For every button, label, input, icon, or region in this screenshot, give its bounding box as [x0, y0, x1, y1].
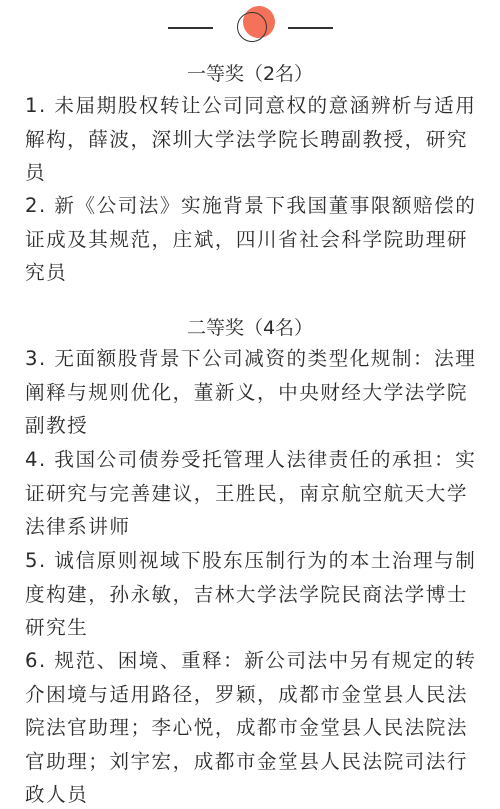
divider-line-left — [168, 27, 213, 29]
award-entry-4: 4. 我国公司债券受托管理人法律责任的承担：实证研究与完善建议，王胜民，南京航空… — [25, 443, 485, 544]
award-entry-3: 3. 无面额股背景下公司减资的类型化规制：法理阐释与规则优化，董新义，中央财经大… — [25, 342, 485, 443]
award-entry-5: 5. 诚信原则视域下股东压制行为的本土治理与制度构建，孙永敏，吉林大学法学院民商… — [25, 544, 485, 645]
divider-line-right — [288, 27, 333, 29]
section-title-second-prize: 二等奖（4名） — [0, 313, 500, 343]
section-title-first-prize: 一等奖（2名） — [0, 59, 500, 89]
award-entry-1: 1. 未届期股权转让公司同意权的意涵辨析与适用解构，薛波，深圳大学法学院长聘副教… — [25, 89, 485, 190]
ring-ornament-icon — [237, 12, 267, 42]
decorative-divider — [0, 0, 500, 55]
award-entry-6: 6. 规范、困境、重释：新公司法中另有规定的转介困境与适用路径，罗颖，成都市金堂… — [25, 644, 485, 809]
award-entry-2: 2. 新《公司法》实施背景下我国董事限额赔偿的证成及其规范，庄斌，四川省社会科学… — [25, 189, 485, 290]
